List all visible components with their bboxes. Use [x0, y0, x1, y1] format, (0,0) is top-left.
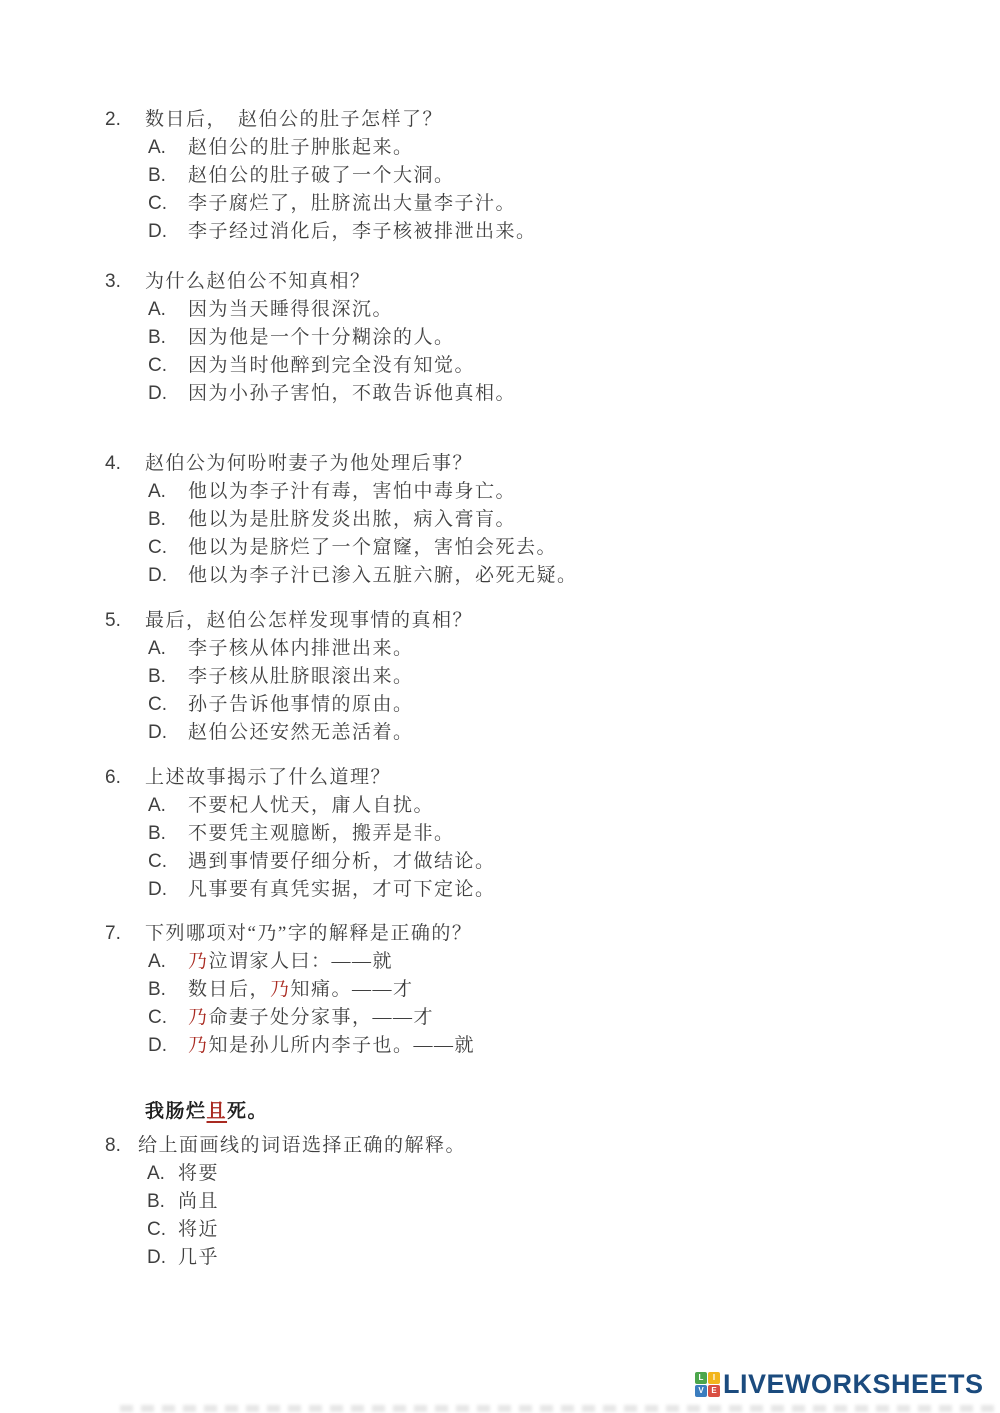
logo-text: LIVEWORKSHEETS [723, 1371, 984, 1398]
highlighted-character: 乃 [188, 951, 209, 972]
highlighted-character: 乃 [270, 979, 291, 1000]
text-segment: 泣谓家人曰：——就 [209, 951, 394, 972]
text-segment: 因为当时他醉到完全没有知觉。 [188, 355, 475, 376]
option-row: C.孙子告诉他事情的原由。 [105, 691, 960, 719]
option-row: A.他以为李子汁有毒，害怕中毒身亡。 [105, 478, 960, 506]
text-segment: 他以为是脐烂了一个窟窿，害怕会死去。 [188, 537, 557, 558]
option-label: D. [148, 562, 188, 590]
option-text: 赵伯公还安然无恙活着。 [188, 719, 414, 747]
text-segment: 赵伯公还安然无恙活着。 [188, 722, 414, 743]
option-text: 因为当时他醉到完全没有知觉。 [188, 352, 475, 380]
text-segment: 李子经过消化后，李子核被排泄出来。 [188, 221, 537, 242]
question-prompt: 给上面画线的词语选择正确的解释。 [138, 1132, 466, 1160]
option-text: 尚且 [178, 1188, 219, 1216]
text-segment: 他以为是肚脐发炎出脓，病入膏肓。 [188, 509, 516, 530]
text-segment: 孙子告诉他事情的原由。 [188, 694, 414, 715]
text-segment: 凡事要有真凭实据，才可下定论。 [188, 879, 496, 900]
question-block-2: 2. 数日后， 赵伯公的肚子怎样了？ A.赵伯公的肚子肿胀起来。B.赵伯公的肚子… [105, 106, 960, 246]
text-segment: 赵伯公的肚子肿胀起来。 [188, 137, 414, 158]
question-prompt: 最后，赵伯公怎样发现事情的真相？ [145, 607, 473, 635]
option-text: 乃泣谓家人曰：——就 [188, 948, 393, 976]
question-options: A.不要杞人忧天，庸人自扰。B.不要凭主观臆断，搬弄是非。C.遇到事情要仔细分析… [105, 792, 960, 904]
option-row: A.因为当天睡得很深沉。 [105, 296, 960, 324]
highlighted-character: 乃 [188, 1035, 209, 1056]
question-prompt: 下列哪项对“乃”字的解释是正确的？ [145, 920, 472, 948]
text-segment: 将近 [178, 1219, 219, 1240]
option-row: C.李子腐烂了，肚脐流出大量李子汁。 [105, 190, 960, 218]
option-label: B. [148, 324, 188, 352]
option-label: C. [148, 534, 188, 562]
option-row: C.乃命妻子处分家事，——才 [105, 1004, 960, 1032]
text-segment: 他以为李子汁有毒，害怕中毒身亡。 [188, 481, 516, 502]
question-prompt: 赵伯公为何吩咐妻子为他处理后事？ [145, 450, 473, 478]
option-label: B. [148, 506, 188, 534]
option-text: 因为他是一个十分糊涂的人。 [188, 324, 455, 352]
option-label: A. [148, 948, 188, 976]
option-text: 不要凭主观臆断，搬弄是非。 [188, 820, 455, 848]
option-text: 因为当天睡得很深沉。 [188, 296, 393, 324]
text-segment: 因为当天睡得很深沉。 [188, 299, 393, 320]
option-label: C. [148, 190, 188, 218]
option-text: 他以为是肚脐发炎出脓，病入膏肓。 [188, 506, 516, 534]
option-text: 李子经过消化后，李子核被排泄出来。 [188, 218, 537, 246]
option-text: 遇到事情要仔细分析，才做结论。 [188, 848, 496, 876]
option-label: B. [148, 976, 188, 1004]
bold-sentence-text: 我肠烂且死。 [145, 1101, 268, 1122]
option-text: 凡事要有真凭实据，才可下定论。 [188, 876, 496, 904]
question-number: 7. [105, 920, 145, 948]
question-heading: 2. 数日后， 赵伯公的肚子怎样了？ [105, 106, 960, 134]
option-row: C.他以为是脐烂了一个窟窿，害怕会死去。 [105, 534, 960, 562]
option-row: A.乃泣谓家人曰：——就 [105, 948, 960, 976]
question-block-7: 7. 下列哪项对“乃”字的解释是正确的？ A.乃泣谓家人曰：——就B.数日后，乃… [105, 920, 960, 1060]
option-text: 李子核从肚脐眼滚出来。 [188, 663, 414, 691]
highlighted-character: 乃 [188, 1007, 209, 1028]
option-row: D.凡事要有真凭实据，才可下定论。 [105, 876, 960, 904]
question-number: 5. [105, 607, 145, 635]
option-row: B.李子核从肚脐眼滚出来。 [105, 663, 960, 691]
option-text: 他以为李子汁有毒，害怕中毒身亡。 [188, 478, 516, 506]
option-label: C. [148, 352, 188, 380]
option-row: C.遇到事情要仔细分析，才做结论。 [105, 848, 960, 876]
option-row: D.因为小孙子害怕，不敢告诉他真相。 [105, 380, 960, 408]
option-label: B. [148, 663, 188, 691]
option-label: A. [148, 478, 188, 506]
question-number: 6. [105, 764, 145, 792]
option-label: C. [148, 1004, 188, 1032]
option-text: 乃知是孙儿所内李子也。——就 [188, 1032, 475, 1060]
option-label: D. [148, 1032, 188, 1060]
question-number: 4. [105, 450, 145, 478]
option-label: C. [148, 848, 188, 876]
question-block-5: 5. 最后，赵伯公怎样发现事情的真相？ A.李子核从体内排泄出来。B.李子核从肚… [105, 607, 960, 747]
question-block-6: 6. 上述故事揭示了什么道理？ A.不要杞人忧天，庸人自扰。B.不要凭主观臆断，… [105, 764, 960, 904]
question-number: 2. [105, 106, 145, 134]
option-label: A. [148, 134, 188, 162]
option-text: 几乎 [178, 1244, 219, 1272]
logo-tile-v: V [695, 1385, 707, 1397]
text-segment: 遇到事情要仔细分析，才做结论。 [188, 851, 496, 872]
question-number: 3. [105, 268, 145, 296]
question-heading: 6. 上述故事揭示了什么道理？ [105, 764, 960, 792]
question-heading: 8. 给上面画线的词语选择正确的解释。 [105, 1132, 960, 1160]
question-number: 8. [105, 1132, 138, 1160]
option-text: 李子腐烂了，肚脐流出大量李子汁。 [188, 190, 516, 218]
option-row: B.他以为是肚脐发炎出脓，病入膏肓。 [105, 506, 960, 534]
text-segment: 赵伯公的肚子破了一个大洞。 [188, 165, 455, 186]
text-segment: 死。 [227, 1101, 268, 1122]
question-options: A.李子核从体内排泄出来。B.李子核从肚脐眼滚出来。C.孙子告诉他事情的原由。D… [105, 635, 960, 747]
question-prompt: 数日后， 赵伯公的肚子怎样了？ [145, 106, 443, 134]
option-label: D. [148, 380, 188, 408]
question-block-3: 3. 为什么赵伯公不知真相？ A.因为当天睡得很深沉。B.因为他是一个十分糊涂的… [105, 268, 960, 408]
question-options: A.他以为李子汁有毒，害怕中毒身亡。B.他以为是肚脐发炎出脓，病入膏肓。C.他以… [105, 478, 960, 590]
option-label: B. [147, 1188, 178, 1216]
text-segment: 李子腐烂了，肚脐流出大量李子汁。 [188, 193, 516, 214]
option-row: C.因为当时他醉到完全没有知觉。 [105, 352, 960, 380]
question-options: A.赵伯公的肚子肿胀起来。B.赵伯公的肚子破了一个大洞。C.李子腐烂了，肚脐流出… [105, 134, 960, 246]
question-heading: 4. 赵伯公为何吩咐妻子为他处理后事？ [105, 450, 960, 478]
option-row: D.几乎 [105, 1244, 960, 1272]
text-segment: 知痛。——才 [291, 979, 414, 1000]
text-segment: 李子核从体内排泄出来。 [188, 638, 414, 659]
option-text: 赵伯公的肚子破了一个大洞。 [188, 162, 455, 190]
option-label: D. [148, 218, 188, 246]
text-segment: 李子核从肚脐眼滚出来。 [188, 666, 414, 687]
option-text: 乃命妻子处分家事，——才 [188, 1004, 434, 1032]
option-label: A. [148, 792, 188, 820]
question-prompt: 为什么赵伯公不知真相？ [145, 268, 371, 296]
question-heading: 3. 为什么赵伯公不知真相？ [105, 268, 960, 296]
option-row: C.将近 [105, 1216, 960, 1244]
option-text: 数日后，乃知痛。——才 [188, 976, 414, 1004]
bottom-cutoff-text [120, 1405, 1000, 1412]
question-options: A.乃泣谓家人曰：——就B.数日后，乃知痛。——才C.乃命妻子处分家事，——才D… [105, 948, 960, 1060]
logo-tile-grid: LIVE [695, 1372, 720, 1397]
highlighted-character: 且 [207, 1101, 228, 1122]
option-row: B.尚且 [105, 1188, 960, 1216]
text-segment: 我肠烂 [145, 1101, 207, 1122]
option-row: D.李子经过消化后，李子核被排泄出来。 [105, 218, 960, 246]
question-heading: 7. 下列哪项对“乃”字的解释是正确的？ [105, 920, 960, 948]
option-text: 他以为李子汁已渗入五脏六腑，必死无疑。 [188, 562, 578, 590]
text-segment: 将要 [178, 1163, 219, 1184]
option-text: 孙子告诉他事情的原由。 [188, 691, 414, 719]
text-segment: 他以为李子汁已渗入五脏六腑，必死无疑。 [188, 565, 578, 586]
liveworksheets-logo: LIVE LIVEWORKSHEETS [695, 1371, 984, 1398]
option-row: A.不要杞人忧天，庸人自扰。 [105, 792, 960, 820]
option-row: A.赵伯公的肚子肿胀起来。 [105, 134, 960, 162]
worksheet-page: 2. 数日后， 赵伯公的肚子怎样了？ A.赵伯公的肚子肿胀起来。B.赵伯公的肚子… [0, 0, 1000, 1413]
option-text: 李子核从体内排泄出来。 [188, 635, 414, 663]
text-segment: 因为小孙子害怕，不敢告诉他真相。 [188, 383, 516, 404]
question-options: A.将要B.尚且C.将近D.几乎 [105, 1160, 960, 1272]
text-segment: 尚且 [178, 1191, 219, 1212]
option-row: D.赵伯公还安然无恙活着。 [105, 719, 960, 747]
option-label: C. [148, 691, 188, 719]
text-segment: 数日后， [188, 979, 270, 1000]
question-options: A.因为当天睡得很深沉。B.因为他是一个十分糊涂的人。C.因为当时他醉到完全没有… [105, 296, 960, 408]
question-block-8: 8. 给上面画线的词语选择正确的解释。 A.将要B.尚且C.将近D.几乎 [105, 1132, 960, 1272]
question-block-4: 4. 赵伯公为何吩咐妻子为他处理后事？ A.他以为李子汁有毒，害怕中毒身亡。B.… [105, 450, 960, 590]
option-label: D. [148, 719, 188, 747]
option-row: B.不要凭主观臆断，搬弄是非。 [105, 820, 960, 848]
option-row: D.乃知是孙儿所内李子也。——就 [105, 1032, 960, 1060]
option-label: D. [147, 1244, 178, 1272]
option-row: A.李子核从体内排泄出来。 [105, 635, 960, 663]
option-row: B.因为他是一个十分糊涂的人。 [105, 324, 960, 352]
option-text: 将近 [178, 1216, 219, 1244]
text-segment: 命妻子处分家事，——才 [209, 1007, 435, 1028]
option-text: 因为小孙子害怕，不敢告诉他真相。 [188, 380, 516, 408]
option-label: A. [148, 635, 188, 663]
option-label: A. [148, 296, 188, 324]
option-text: 将要 [178, 1160, 219, 1188]
text-segment: 知是孙儿所内李子也。——就 [209, 1035, 476, 1056]
option-text: 他以为是脐烂了一个窟窿，害怕会死去。 [188, 534, 557, 562]
text-segment: 几乎 [178, 1247, 219, 1268]
option-row: A.将要 [105, 1160, 960, 1188]
text-segment: 不要凭主观臆断，搬弄是非。 [188, 823, 455, 844]
question-heading: 5. 最后，赵伯公怎样发现事情的真相？ [105, 607, 960, 635]
text-segment: 不要杞人忧天，庸人自扰。 [188, 795, 434, 816]
option-text: 赵伯公的肚子肿胀起来。 [188, 134, 414, 162]
option-label: B. [148, 820, 188, 848]
option-label: A. [147, 1160, 178, 1188]
bold-sentence: 我肠烂且死。 [145, 1098, 268, 1126]
option-row: B.数日后，乃知痛。——才 [105, 976, 960, 1004]
option-label: B. [148, 162, 188, 190]
option-label: C. [147, 1216, 178, 1244]
logo-tile-e: E [708, 1385, 720, 1397]
option-row: D.他以为李子汁已渗入五脏六腑，必死无疑。 [105, 562, 960, 590]
option-text: 不要杞人忧天，庸人自扰。 [188, 792, 434, 820]
text-segment: 因为他是一个十分糊涂的人。 [188, 327, 455, 348]
question-prompt: 上述故事揭示了什么道理？ [145, 764, 391, 792]
option-label: D. [148, 876, 188, 904]
option-row: B.赵伯公的肚子破了一个大洞。 [105, 162, 960, 190]
